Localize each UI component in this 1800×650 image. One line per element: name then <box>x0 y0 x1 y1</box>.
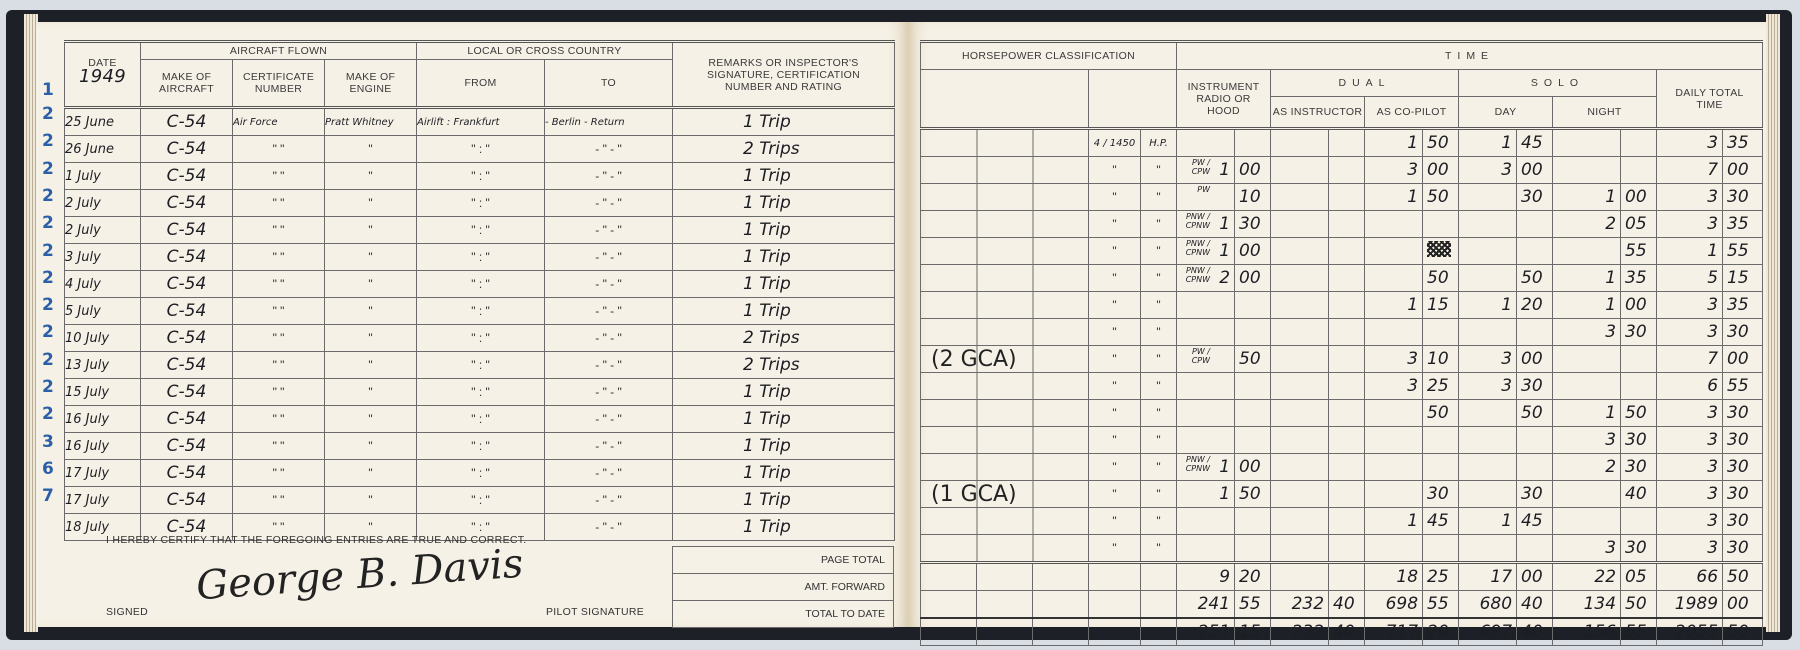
instrument-note: PW / CPW <box>1180 347 1210 365</box>
table-row: 1 JulyC-54" """ : "- " - "1 Trip <box>65 163 895 190</box>
night-hours-cell <box>1553 238 1621 265</box>
inst-hours-cell: PNW / CPNW1 <box>1177 454 1235 481</box>
tot-minutes-cell: 30 <box>1723 454 1763 481</box>
horsepower-cell: " <box>1089 508 1141 535</box>
instr-total-hours <box>1271 563 1329 591</box>
from-cell: " : " <box>417 487 545 514</box>
to-cell: - " - " <box>545 460 673 487</box>
remarks-cell: 1 Trip <box>673 514 895 541</box>
table-row: 13 JulyC-54" """ : "- " - "2 Trips <box>65 352 895 379</box>
remarks-header: REMARKS OR INSPECTOR'S SIGNATURE, CERTIF… <box>673 42 895 108</box>
margin-mark: 2 <box>42 104 54 124</box>
instr-minutes-cell <box>1329 400 1365 427</box>
certificate-cell: " " <box>233 487 325 514</box>
remarks-cell: 2 Trips <box>673 136 895 163</box>
to-header: TO <box>545 60 673 108</box>
instr-hours-cell <box>1271 319 1329 346</box>
time-header: TIME <box>1177 42 1763 70</box>
instr-hours-cell <box>1271 211 1329 238</box>
certificate-cell: " " <box>233 244 325 271</box>
day-minutes-cell: 50 <box>1517 400 1553 427</box>
inst-hours-cell <box>1177 427 1235 454</box>
day-minutes-cell: 50 <box>1517 265 1553 292</box>
from-cell: " : " <box>417 298 545 325</box>
cop-minutes-cell: 50 <box>1423 184 1459 211</box>
night-hours-cell: 1 <box>1553 400 1621 427</box>
cop-minutes-cell <box>1423 319 1459 346</box>
instr-minutes-cell <box>1329 508 1365 535</box>
tot-hours-cell: 5 <box>1657 265 1723 292</box>
night-total-hours: 22 <box>1553 563 1621 591</box>
certificate-cell: " " <box>233 460 325 487</box>
horsepower-cell: 4 / 1450 <box>1089 129 1141 157</box>
night-hours-cell <box>1553 157 1621 184</box>
horsepower-unit-cell: " <box>1141 427 1177 454</box>
tot-hours-cell: 3 <box>1657 184 1723 211</box>
to-cell: - " - " <box>545 352 673 379</box>
inst-minutes-cell <box>1235 508 1271 535</box>
margin-mark: 2 <box>42 404 54 424</box>
table-row: ""330330 <box>921 319 1763 346</box>
horsepower-cell: " <box>1089 454 1141 481</box>
instr-hours-cell <box>1271 373 1329 400</box>
remarks-cell: 1 Trip <box>673 406 895 433</box>
margin-mark: 2 <box>42 322 54 342</box>
inst-minutes-cell: 00 <box>1235 454 1271 481</box>
margin-mark: 3 <box>42 432 54 452</box>
date-cell: 4 July <box>65 271 141 298</box>
table-row: (2 GCA)""PW / CPW50310300700 <box>921 346 1763 373</box>
date-cell: 13 July <box>65 352 141 379</box>
table-row: ""330330 <box>921 427 1763 454</box>
certificate-cell: " " <box>233 190 325 217</box>
inst-minutes-cell <box>1235 400 1271 427</box>
tot-minutes-cell: 35 <box>1723 292 1763 319</box>
day-hours-cell <box>1459 454 1517 481</box>
instr-minutes-cell <box>1329 265 1365 292</box>
amt-forward-row: 2415523240698556804013450198900 <box>921 591 1763 619</box>
tot-total-hours: 1989 <box>1657 591 1723 619</box>
instrument-hours: 1 <box>1219 484 1230 504</box>
certificate-number-header: CERTIFICATE NUMBER <box>233 60 325 108</box>
as-instructor-header: AS INSTRUCTOR <box>1271 97 1365 129</box>
gca-note-cell <box>921 157 1089 184</box>
signed-label: SIGNED <box>106 606 148 618</box>
time-entries-table: HORSEPOWER CLASSIFICATION TIME INSTRUMEN… <box>920 40 1763 646</box>
inst-total-hours: 241 <box>1177 591 1235 619</box>
cop-hours-cell <box>1365 427 1423 454</box>
day-minutes-cell: 00 <box>1517 157 1553 184</box>
certificate-cell: " " <box>233 298 325 325</box>
engine-cell: " <box>325 460 417 487</box>
instr-hours-cell <box>1271 400 1329 427</box>
day-minutes-cell: 00 <box>1517 346 1553 373</box>
table-row: 4 JulyC-54" """ : "- " - "1 Trip <box>65 271 895 298</box>
aircraft-cell: C-54 <box>141 298 233 325</box>
cop-hours-cell <box>1365 238 1423 265</box>
margin-mark: 6 <box>42 459 54 479</box>
aircraft-cell: C-54 <box>141 271 233 298</box>
total-to-date-label: TOTAL TO DATE <box>673 601 894 628</box>
certificate-cell: " " <box>233 352 325 379</box>
cop-minutes-cell <box>1423 535 1459 563</box>
horsepower-cell: " <box>1089 184 1141 211</box>
engine-cell: " <box>325 136 417 163</box>
inst-total-hours: 251 <box>1177 618 1235 646</box>
cop-total-minutes: 25 <box>1423 563 1459 591</box>
aircraft-cell: C-54 <box>141 217 233 244</box>
tot-hours-cell: 3 <box>1657 508 1723 535</box>
horsepower-unit-cell: " <box>1141 265 1177 292</box>
certificate-cell: " " <box>233 136 325 163</box>
day-hours-cell <box>1459 535 1517 563</box>
instr-hours-cell <box>1271 292 1329 319</box>
day-total-minutes: 00 <box>1517 563 1553 591</box>
night-minutes-cell: 00 <box>1621 292 1657 319</box>
instr-minutes-cell <box>1329 346 1365 373</box>
day-total-minutes: 40 <box>1517 618 1553 646</box>
day-hours-cell: 1 <box>1459 129 1517 157</box>
day-minutes-cell <box>1517 319 1553 346</box>
totals-labels: PAGE TOTAL AMT. FORWARD TOTAL TO DATE <box>672 546 894 628</box>
tot-hours-cell: 3 <box>1657 292 1723 319</box>
engine-cell: " <box>325 163 417 190</box>
margin-mark: 2 <box>42 268 54 288</box>
table-row: 25 JuneC-54Air ForcePratt WhitneyAirlift… <box>65 108 895 136</box>
inst-minutes-cell: 30 <box>1235 211 1271 238</box>
day-minutes-cell <box>1517 238 1553 265</box>
tot-hours-cell: 3 <box>1657 211 1723 238</box>
remarks-cell: 1 Trip <box>673 487 895 514</box>
horsepower-cell: " <box>1089 346 1141 373</box>
night-minutes-cell <box>1621 157 1657 184</box>
tot-minutes-cell: 55 <box>1723 373 1763 400</box>
certificate-cell: " " <box>233 406 325 433</box>
to-cell: - " - " <box>545 217 673 244</box>
total-to-date-row: 2511523240717206974015655205550 <box>921 618 1763 646</box>
horsepower-unit-cell: " <box>1141 211 1177 238</box>
to-cell: - Berlin - Return <box>545 108 673 136</box>
instr-total-minutes <box>1329 563 1365 591</box>
instrument-hours: 2 <box>1219 268 1230 288</box>
day-hours-cell <box>1459 211 1517 238</box>
instrument-hours: 1 <box>1219 160 1230 180</box>
tot-hours-cell: 7 <box>1657 346 1723 373</box>
cop-total-hours: 717 <box>1365 618 1423 646</box>
table-row: ""PNW / CPNW100230330 <box>921 454 1763 481</box>
night-minutes-cell <box>1621 346 1657 373</box>
date-cell: 16 July <box>65 406 141 433</box>
gca-note-cell <box>921 265 1089 292</box>
horsepower-cell: " <box>1089 400 1141 427</box>
cop-total-hours: 698 <box>1365 591 1423 619</box>
cop-hours-cell: 1 <box>1365 292 1423 319</box>
engine-cell: " <box>325 190 417 217</box>
night-hours-cell <box>1553 373 1621 400</box>
night-hours-cell <box>1553 129 1621 157</box>
day-hours-cell: 3 <box>1459 346 1517 373</box>
instr-minutes-cell <box>1329 184 1365 211</box>
horsepower-unit-cell: " <box>1141 184 1177 211</box>
day-total-hours: 697 <box>1459 618 1517 646</box>
date-cell: 2 July <box>65 190 141 217</box>
day-minutes-cell <box>1517 211 1553 238</box>
date-cell: 17 July <box>65 487 141 514</box>
inst-hours-cell: PW / CPW <box>1177 346 1235 373</box>
tot-minutes-cell: 00 <box>1723 346 1763 373</box>
cop-minutes-cell: 10 <box>1423 346 1459 373</box>
aircraft-cell: C-54 <box>141 163 233 190</box>
instrument-note: PW / CPW <box>1180 158 1210 176</box>
cop-hours-cell: 1 <box>1365 508 1423 535</box>
cop-hours-cell <box>1365 400 1423 427</box>
to-cell: - " - " <box>545 244 673 271</box>
day-hours-cell: 3 <box>1459 157 1517 184</box>
aircraft-cell: C-54 <box>141 325 233 352</box>
gca-note-cell <box>921 427 1089 454</box>
day-hours-cell <box>1459 319 1517 346</box>
day-total-hours: 680 <box>1459 591 1517 619</box>
engine-cell: " <box>325 325 417 352</box>
instr-hours-cell <box>1271 535 1329 563</box>
night-hours-cell: 3 <box>1553 319 1621 346</box>
scribble-mark <box>1427 241 1451 257</box>
engine-cell: Pratt Whitney <box>325 108 417 136</box>
day-hours-cell: 1 <box>1459 508 1517 535</box>
night-total-minutes: 55 <box>1621 618 1657 646</box>
to-cell: - " - " <box>545 433 673 460</box>
night-total-hours: 156 <box>1553 618 1621 646</box>
instr-hours-cell <box>1271 454 1329 481</box>
table-row: 10 JulyC-54" """ : "- " - "2 Trips <box>65 325 895 352</box>
cop-minutes-cell: 15 <box>1423 292 1459 319</box>
inst-minutes-cell: 00 <box>1235 238 1271 265</box>
cop-minutes-cell: 00 <box>1423 157 1459 184</box>
horsepower-cell: " <box>1089 211 1141 238</box>
instr-hours-cell <box>1271 184 1329 211</box>
horsepower-unit-cell: " <box>1141 373 1177 400</box>
horsepower-unit-cell: " <box>1141 508 1177 535</box>
cop-hours-cell <box>1365 211 1423 238</box>
cop-hours-cell <box>1365 481 1423 508</box>
horsepower-unit-cell: " <box>1141 400 1177 427</box>
inst-hours-cell: 1 <box>1177 481 1235 508</box>
table-row: 26 JuneC-54" """ : "- " - "2 Trips <box>65 136 895 163</box>
from-cell: " : " <box>417 271 545 298</box>
tot-minutes-cell: 30 <box>1723 508 1763 535</box>
tot-minutes-cell: 00 <box>1723 157 1763 184</box>
night-minutes-cell: 00 <box>1621 184 1657 211</box>
instr-hours-cell <box>1271 481 1329 508</box>
table-row: ""PNW / CPNW2005050135515 <box>921 265 1763 292</box>
day-hours-cell <box>1459 184 1517 211</box>
cop-hours-cell: 1 <box>1365 184 1423 211</box>
day-hours-cell <box>1459 265 1517 292</box>
horsepower-unit-cell: " <box>1141 346 1177 373</box>
amt-forward-label: AMT. FORWARD <box>673 574 894 601</box>
horsepower-unit-cell: " <box>1141 292 1177 319</box>
cop-hours-cell: 1 <box>1365 129 1423 157</box>
table-row: 2 JulyC-54" """ : "- " - "1 Trip <box>65 217 895 244</box>
instr-minutes-cell <box>1329 292 1365 319</box>
cop-minutes-cell <box>1423 238 1459 265</box>
table-row: ""PNW / CPNW10055155 <box>921 238 1763 265</box>
inst-minutes-cell <box>1235 427 1271 454</box>
instr-hours-cell <box>1271 427 1329 454</box>
horsepower-cell: " <box>1089 157 1141 184</box>
night-hours-cell <box>1553 481 1621 508</box>
inst-minutes-cell: 00 <box>1235 265 1271 292</box>
to-cell: - " - " <box>545 136 673 163</box>
gca-note-cell <box>921 319 1089 346</box>
pilot-signature: George B. Davis <box>195 541 525 610</box>
horsepower-unit-cell: " <box>1141 454 1177 481</box>
engine-cell: " <box>325 244 417 271</box>
certificate-cell: " " <box>233 163 325 190</box>
instr-minutes-cell <box>1329 454 1365 481</box>
tot-hours-cell: 3 <box>1657 481 1723 508</box>
gca-note-cell <box>921 292 1089 319</box>
date-cell: 25 June <box>65 108 141 136</box>
inst-minutes-cell <box>1235 373 1271 400</box>
table-row: ""5050150330 <box>921 400 1763 427</box>
inst-total-hours: 9 <box>1177 563 1235 591</box>
inst-total-minutes: 15 <box>1235 618 1271 646</box>
night-hours-cell: 3 <box>1553 427 1621 454</box>
cop-hours-cell: 3 <box>1365 373 1423 400</box>
horsepower-cell: " <box>1089 373 1141 400</box>
horsepower-cell: " <box>1089 265 1141 292</box>
instr-total-minutes: 40 <box>1329 591 1365 619</box>
day-hours-cell <box>1459 427 1517 454</box>
horsepower-unit-cell: " <box>1141 319 1177 346</box>
inst-hours-cell: PNW / CPNW1 <box>1177 238 1235 265</box>
instr-hours-cell <box>1271 129 1329 157</box>
day-minutes-cell <box>1517 427 1553 454</box>
table-row: 17 JulyC-54" """ : "- " - "1 Trip <box>65 460 895 487</box>
remarks-cell: 1 Trip <box>673 379 895 406</box>
remarks-cell: 1 Trip <box>673 298 895 325</box>
table-row: 17 JulyC-54" """ : "- " - "1 Trip <box>65 487 895 514</box>
gca-note-cell <box>921 508 1089 535</box>
date-cell: 17 July <box>65 460 141 487</box>
instrument-note: PNW / CPNW <box>1180 212 1210 230</box>
table-row: ""PNW / CPNW130205335 <box>921 211 1763 238</box>
gca-note-cell <box>921 184 1089 211</box>
table-row: ""115120100335 <box>921 292 1763 319</box>
left-page: 1222222222222367 DATE 1949 AIRCRAFT FLOW… <box>36 22 909 627</box>
night-minutes-cell <box>1621 129 1657 157</box>
tot-minutes-cell: 30 <box>1723 427 1763 454</box>
aircraft-cell: C-54 <box>141 352 233 379</box>
instr-minutes-cell <box>1329 211 1365 238</box>
night-hours-cell: 1 <box>1553 184 1621 211</box>
engine-cell: " <box>325 487 417 514</box>
inst-hours-cell <box>1177 319 1235 346</box>
tot-minutes-cell: 55 <box>1723 238 1763 265</box>
from-cell: " : " <box>417 460 545 487</box>
date-cell: 10 July <box>65 325 141 352</box>
day-header: DAY <box>1459 97 1553 129</box>
instrument-hours: 1 <box>1219 214 1230 234</box>
inst-hours-cell <box>1177 129 1235 157</box>
engine-cell: " <box>325 298 417 325</box>
to-cell: - " - " <box>545 271 673 298</box>
day-minutes-cell: 30 <box>1517 184 1553 211</box>
instr-minutes-cell <box>1329 535 1365 563</box>
instr-hours-cell <box>1271 508 1329 535</box>
day-minutes-cell: 30 <box>1517 373 1553 400</box>
instr-minutes-cell <box>1329 427 1365 454</box>
tot-hours-cell: 3 <box>1657 129 1723 157</box>
night-hours-cell: 1 <box>1553 292 1621 319</box>
to-cell: - " - " <box>545 163 673 190</box>
cop-minutes-cell <box>1423 454 1459 481</box>
instr-minutes-cell <box>1329 157 1365 184</box>
horsepower-cell: " <box>1089 481 1141 508</box>
remarks-cell: 2 Trips <box>673 325 895 352</box>
page-total-label: PAGE TOTAL <box>673 547 894 574</box>
to-cell: - " - " <box>545 406 673 433</box>
from-cell: " : " <box>417 379 545 406</box>
night-minutes-cell: 30 <box>1621 454 1657 481</box>
cop-hours-cell <box>1365 535 1423 563</box>
tot-hours-cell: 3 <box>1657 427 1723 454</box>
tot-total-minutes: 50 <box>1723 618 1763 646</box>
day-minutes-cell: 45 <box>1517 129 1553 157</box>
instr-minutes-cell <box>1329 319 1365 346</box>
date-cell: 2 July <box>65 217 141 244</box>
night-hours-cell: 3 <box>1553 535 1621 563</box>
aircraft-cell: C-54 <box>141 487 233 514</box>
gca-note-cell <box>921 454 1089 481</box>
night-total-minutes: 05 <box>1621 563 1657 591</box>
cop-hours-cell: 3 <box>1365 157 1423 184</box>
table-row: ""145145330 <box>921 508 1763 535</box>
cop-minutes-cell: 50 <box>1423 129 1459 157</box>
instrument-hours: 1 <box>1219 241 1230 261</box>
aircraft-cell: C-54 <box>141 433 233 460</box>
horsepower-unit-cell: " <box>1141 535 1177 563</box>
inst-minutes-cell: 50 <box>1235 346 1271 373</box>
margin-mark: 2 <box>42 350 54 370</box>
gca-note-cell: (1 GCA) <box>921 481 1089 508</box>
tot-hours-cell: 3 <box>1657 400 1723 427</box>
tot-minutes-cell: 30 <box>1723 481 1763 508</box>
table-row: 3 JulyC-54" """ : "- " - "1 Trip <box>65 244 895 271</box>
night-hours-cell <box>1553 346 1621 373</box>
inst-minutes-cell: 00 <box>1235 157 1271 184</box>
horsepower-unit-cell: " <box>1141 157 1177 184</box>
cop-hours-cell: 3 <box>1365 346 1423 373</box>
from-header: FROM <box>417 60 545 108</box>
inst-minutes-cell: 10 <box>1235 184 1271 211</box>
cop-hours-cell <box>1365 319 1423 346</box>
tot-minutes-cell: 30 <box>1723 319 1763 346</box>
from-cell: " : " <box>417 406 545 433</box>
cop-minutes-cell: 30 <box>1423 481 1459 508</box>
instrument-hours: 1 <box>1219 457 1230 477</box>
instr-minutes-cell <box>1329 129 1365 157</box>
date-cell: 16 July <box>65 433 141 460</box>
cop-minutes-cell: 25 <box>1423 373 1459 400</box>
horsepower-cell: " <box>1089 535 1141 563</box>
certificate-cell: " " <box>233 433 325 460</box>
right-page: HORSEPOWER CLASSIFICATION TIME INSTRUMEN… <box>908 22 1766 627</box>
margin-mark: 2 <box>42 241 54 261</box>
horsepower-cell: " <box>1089 238 1141 265</box>
from-cell: " : " <box>417 352 545 379</box>
